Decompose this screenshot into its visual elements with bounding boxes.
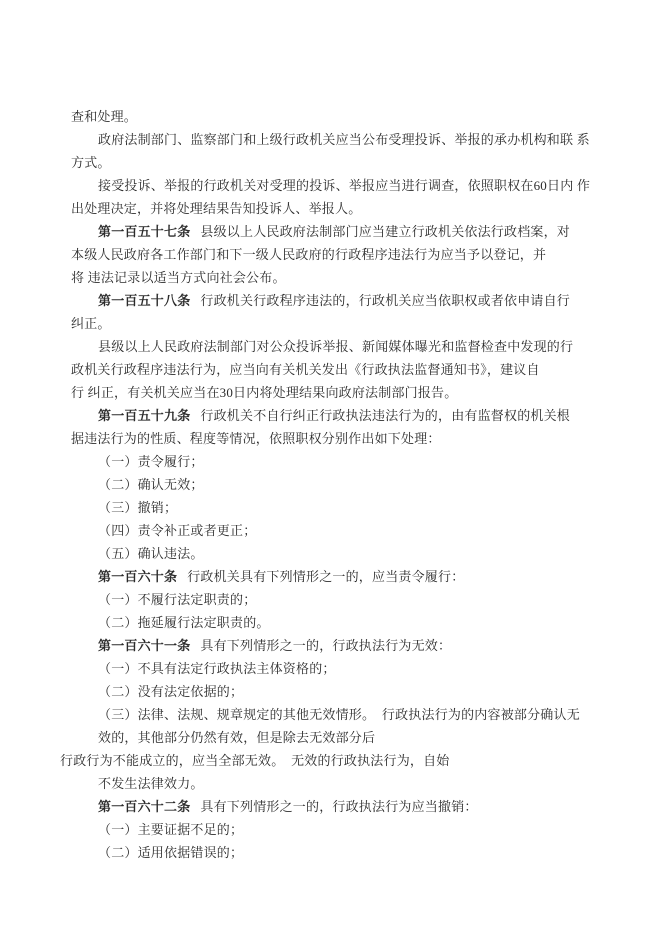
text-line: （二）适用依据错误的；	[71, 841, 611, 864]
article-number: 第一百五十七条	[98, 224, 190, 239]
line-text: 县级以上人民政府法制部门应当建立行政机关依法行政档案，对	[200, 224, 570, 239]
text-line: （一）不具有法定行政执法主体资格的；	[71, 657, 611, 680]
document-page: 查和处理。政府法制部门、监察部门和上级行政机关应当公布受理投诉、举报的承办机构和…	[0, 0, 664, 929]
line-text: 行政机关具有下列情形之一的，应当责令履行：	[187, 569, 464, 584]
text-line: （一）责令履行；	[71, 450, 611, 473]
text-line: 行 纠正，有关机关应当在30日内将处理结果向政府法制部门报告。	[71, 381, 611, 404]
text-line: （二）拖延履行法定职责的。	[71, 611, 611, 634]
line-text: 行政机关不自行纠正行政执法违法行为的，由有监督权的机关根	[200, 408, 570, 423]
article-number: 第一百五十八条	[98, 293, 190, 308]
text-line: 查和处理。	[71, 105, 611, 128]
text-line: （四）责令补正或者更正；	[71, 519, 611, 542]
text-line: （一）主要证据不足的；	[71, 818, 611, 841]
text-line: 政机关行政程序违法行为，应当向有关机关发出《行政执法监督通知书》，建议自	[71, 358, 611, 381]
text-line: （三）法律、法规、规章规定的其他无效情形。 行政执法行为的内容被部分确认无	[71, 703, 611, 726]
text-line: （二）确认无效；	[71, 473, 611, 496]
text-line: 行政行为不能成立的，应当全部无效。 无效的行政执法行为，自始	[60, 749, 611, 772]
line-text: 具有下列情形之一的，行政执法行为无效：	[200, 638, 451, 653]
text-line: 第一百六十一条具有下列情形之一的，行政执法行为无效：	[71, 634, 611, 657]
text-line: 接受投诉、举报的行政机关对受理的投诉、举报应当进行调查，依照职权在60日内 作	[71, 174, 611, 197]
text-line: 据违法行为的性质、程度等情况，依照职权分别作出如下处理：	[71, 427, 611, 450]
line-text: 具有下列情形之一的，行政执法行为应当撤销：	[200, 799, 477, 814]
text-line: 出处理决定，并将处理结果告知投诉人、举报人。	[71, 197, 611, 220]
text-line: 县级以上人民政府法制部门对公众投诉举报、新闻媒体曝光和监督检查中发现的行	[71, 335, 611, 358]
document-body: 查和处理。政府法制部门、监察部门和上级行政机关应当公布受理投诉、举报的承办机构和…	[71, 105, 611, 864]
line-text: 行政机关行政程序违法的，行政机关应当依职权或者依申请自行	[200, 293, 570, 308]
text-line: 第一百五十九条行政机关不自行纠正行政执法违法行为的，由有监督权的机关根	[71, 404, 611, 427]
text-line: （二）没有法定依据的；	[71, 680, 611, 703]
text-line: 第一百五十七条县级以上人民政府法制部门应当建立行政机关依法行政档案，对	[71, 220, 611, 243]
text-line: 本级人民政府各工作部门和下一级人民政府的行政程序违法行为应当予以登记，并	[71, 243, 611, 266]
article-number: 第一百五十九条	[98, 408, 190, 423]
text-line: 不发生法律效力。	[71, 772, 611, 795]
text-line: （一）不履行法定职责的；	[71, 588, 611, 611]
article-number: 第一百六十二条	[98, 799, 190, 814]
text-line: 第一百五十八条行政机关行政程序违法的，行政机关应当依职权或者依申请自行	[71, 289, 611, 312]
text-line: 纠正。	[71, 312, 611, 335]
text-line: 第一百六十二条具有下列情形之一的，行政执法行为应当撤销：	[71, 795, 611, 818]
text-line: 第一百六十条行政机关具有下列情形之一的，应当责令履行：	[71, 565, 611, 588]
text-line: （五）确认违法。	[71, 542, 611, 565]
text-line: （三）撤销；	[71, 496, 611, 519]
article-number: 第一百六十条	[98, 569, 177, 584]
article-number: 第一百六十一条	[98, 638, 190, 653]
text-line: 方式。	[71, 151, 611, 174]
text-line: 效的，其他部分仍然有效，但是除去无效部分后	[71, 726, 611, 749]
text-line: 将 违法记录以适当方式向社会公布。	[71, 266, 611, 289]
text-line: 政府法制部门、监察部门和上级行政机关应当公布受理投诉、举报的承办机构和联 系	[71, 128, 611, 151]
